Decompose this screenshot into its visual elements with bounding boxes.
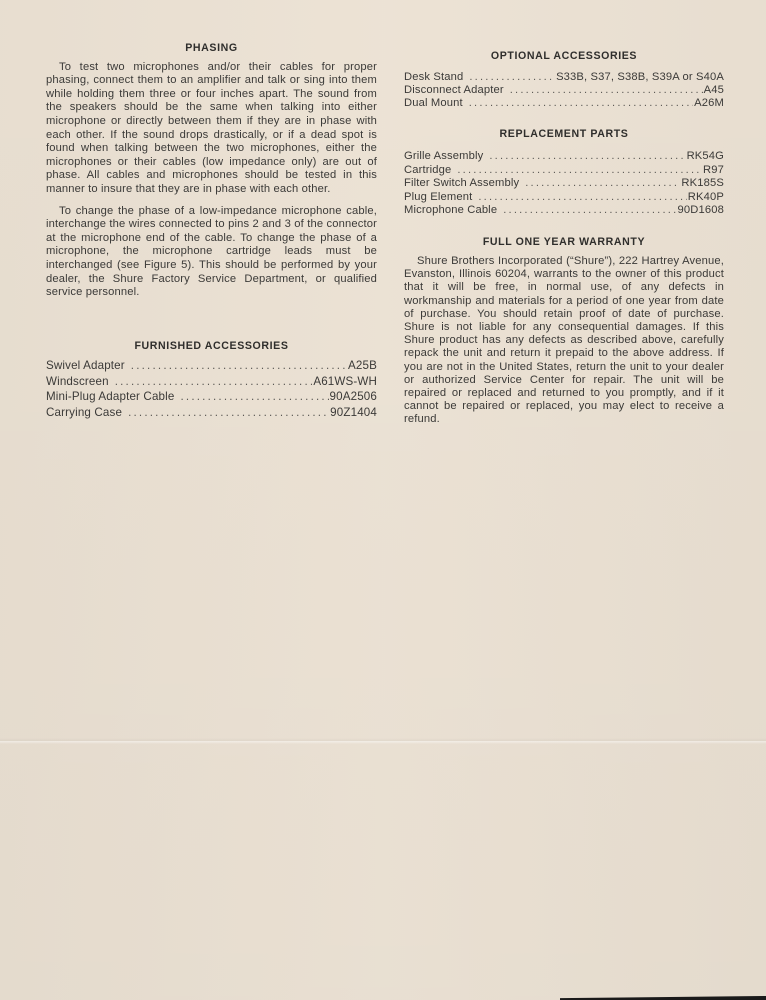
- list-item: Desk Stand S33B, S37, S38B, S39A or S40A: [404, 71, 724, 84]
- part-number: RK185S: [680, 177, 724, 191]
- dot-leader: [115, 375, 313, 389]
- part-number: 90Z1404: [329, 406, 377, 420]
- dot-leader: [489, 150, 685, 164]
- dot-leader: [180, 390, 328, 404]
- part-number: RK54G: [686, 150, 724, 164]
- dot-leader: [469, 71, 555, 85]
- part-number: 90A2506: [329, 390, 377, 404]
- list-item: Cartridge R97: [404, 164, 724, 177]
- dot-leader: [128, 406, 329, 420]
- dot-leader: [131, 359, 347, 373]
- part-name: Microphone Cable: [404, 204, 503, 218]
- phasing-heading: PHASING: [46, 42, 377, 56]
- list-item: Windscreen A61WS-WH: [46, 375, 377, 391]
- list-item: Microphone Cable 90D1608: [404, 204, 724, 217]
- warranty-heading: FULL ONE YEAR WARRANTY: [404, 236, 724, 250]
- optional-accessories-list: Desk Stand S33B, S37, S38B, S39A or S40A…: [404, 71, 724, 111]
- part-name: Plug Element: [404, 191, 478, 205]
- left-column: PHASING To test two microphones and/or t…: [46, 42, 377, 422]
- part-name: Dual Mount: [404, 97, 469, 111]
- list-item: Filter Switch Assembly RK185S: [404, 177, 724, 190]
- list-item: Plug Element RK40P: [404, 191, 724, 204]
- furnished-accessories-section: FURNISHED ACCESSORIES Swivel Adapter A25…: [46, 340, 377, 422]
- list-item: Dual Mount A26M: [404, 97, 724, 110]
- part-name: Grille Assembly: [404, 150, 489, 164]
- part-number: A45: [703, 84, 724, 98]
- furnished-accessories-list: Swivel Adapter A25B Windscreen A61WS-WH …: [46, 359, 377, 421]
- replacement-parts-section: REPLACEMENT PARTS Grille Assembly RK54G …: [404, 128, 724, 218]
- part-name: Carrying Case: [46, 406, 128, 420]
- warranty-paragraph: Shure Brothers Incorporated (“Shure”), 2…: [404, 255, 724, 427]
- list-item: Swivel Adapter A25B: [46, 359, 377, 375]
- part-number: RK40P: [687, 191, 724, 205]
- part-name: Cartridge: [404, 164, 457, 178]
- part-number: 90D1608: [677, 204, 724, 218]
- optional-accessories-section: OPTIONAL ACCESSORIES Desk Stand S33B, S3…: [404, 50, 724, 111]
- list-item: Disconnect Adapter A45: [404, 84, 724, 97]
- replacement-parts-heading: REPLACEMENT PARTS: [404, 128, 724, 142]
- part-name: Desk Stand: [404, 71, 469, 85]
- dot-leader: [469, 97, 693, 111]
- phasing-paragraph-1: To test two microphones and/or their cab…: [46, 61, 377, 197]
- paper-fold-crease: [0, 738, 766, 744]
- dot-leader: [525, 177, 680, 191]
- furnished-accessories-heading: FURNISHED ACCESSORIES: [46, 340, 377, 354]
- list-item: Grille Assembly RK54G: [404, 150, 724, 163]
- phasing-paragraph-2: To change the phase of a low-impedance m…: [46, 205, 377, 300]
- right-column: OPTIONAL ACCESSORIES Desk Stand S33B, S3…: [404, 50, 724, 427]
- dot-leader: [503, 204, 676, 218]
- dot-leader: [457, 164, 702, 178]
- part-name: Disconnect Adapter: [404, 84, 510, 98]
- dot-leader: [510, 84, 703, 98]
- part-number: A61WS-WH: [312, 375, 377, 389]
- phasing-section: PHASING To test two microphones and/or t…: [46, 42, 377, 300]
- part-number: S33B, S37, S38B, S39A or S40A: [555, 71, 724, 85]
- warranty-section: FULL ONE YEAR WARRANTY Shure Brothers In…: [404, 236, 724, 426]
- replacement-parts-list: Grille Assembly RK54G Cartridge R97 Filt…: [404, 150, 724, 217]
- part-name: Filter Switch Assembly: [404, 177, 525, 191]
- part-number: A25B: [347, 359, 377, 373]
- optional-accessories-heading: OPTIONAL ACCESSORIES: [404, 50, 724, 64]
- list-item: Carrying Case 90Z1404: [46, 406, 377, 422]
- part-number: A26M: [693, 97, 724, 111]
- part-name: Swivel Adapter: [46, 359, 131, 373]
- list-item: Mini-Plug Adapter Cable 90A2506: [46, 390, 377, 406]
- dot-leader: [478, 191, 686, 205]
- part-name: Mini-Plug Adapter Cable: [46, 390, 180, 404]
- part-number: R97: [702, 164, 724, 178]
- part-name: Windscreen: [46, 375, 115, 389]
